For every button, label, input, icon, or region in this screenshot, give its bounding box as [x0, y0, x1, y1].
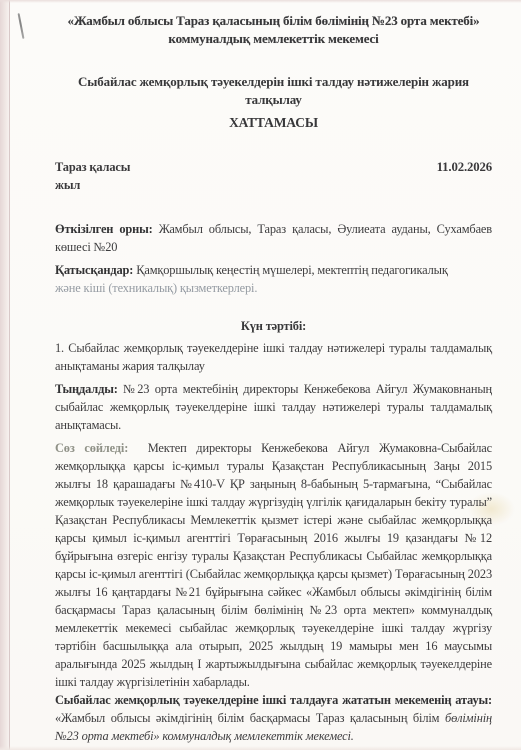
scanned-page: «Жамбыл облысы Тараз қаласының білім бөл…	[0, 0, 521, 750]
agenda-item-1: 1. Сыбайлас жемқорлық тәуекелдеріне ішкі…	[55, 339, 492, 375]
org-name-label: Сыбайлас жемқорлық тәуекелдеріне ішкі та…	[55, 693, 492, 707]
document-date: 11.02.2026	[437, 158, 492, 176]
place-city: Тараз қаласы	[55, 158, 130, 176]
speech-label: Сөз сөйледі:	[55, 441, 128, 455]
place-date-row: Тараз қаласы жыл 11.02.2026	[55, 158, 492, 194]
org-name-regular: «Жамбыл облысы әкімдігінің білім басқарм…	[55, 711, 439, 725]
document-body: «Жамбыл облысы Тараз қаласының білім бөл…	[55, 0, 492, 745]
venue-label: Өткізілген орны:	[55, 222, 153, 236]
document-type: ХАТТАМАСЫ	[55, 114, 492, 132]
place-year-word: жыл	[55, 176, 130, 194]
pen-mark	[18, 13, 25, 39]
heard-paragraph: Тыңдалды: №23 орта мектебінің директоры …	[55, 380, 492, 434]
place-block: Тараз қаласы жыл	[55, 158, 130, 194]
org-name-paragraph: Сыбайлас жемқорлық тәуекелдеріне ішкі та…	[55, 691, 492, 745]
venue-paragraph: Өткізілген орны: Жамбыл облысы, Тараз қа…	[55, 220, 492, 256]
organization-title-line2: коммуналдық мемлекеттік мекемесі	[55, 30, 492, 48]
speech-text: Мектеп директоры Кенжебекова Айгул Жумак…	[55, 441, 492, 689]
participants-line1: Қамқоршылық кеңестің мүшелері, мектептің…	[136, 263, 448, 277]
heard-label: Тыңдалды:	[55, 382, 118, 396]
organization-title: «Жамбыл облысы Тараз қаласының білім бөл…	[55, 12, 492, 47]
heard-text: №23 орта мектебінің директоры Кенжебеков…	[55, 382, 492, 432]
agenda-title: Күн тәртібі:	[55, 317, 492, 335]
participants-label: Қатысқандар:	[55, 263, 133, 277]
document-subtitle: Сыбайлас жемқорлық тәуекелдерін ішкі тал…	[76, 73, 472, 108]
organization-title-line1: «Жамбыл облысы Тараз қаласының білім бөл…	[55, 12, 492, 30]
scan-edge-left	[0, 0, 10, 750]
participants-line2: және кіші (техникалық) қызметкерлері.	[55, 281, 257, 295]
participants-paragraph: Қатысқандар: Қамқоршылық кеңестің мүшеле…	[55, 261, 492, 297]
speech-paragraph: Сөз сөйледі: Мектеп директоры Кенжебеков…	[55, 439, 492, 691]
scan-edge-bottom	[0, 746, 521, 750]
